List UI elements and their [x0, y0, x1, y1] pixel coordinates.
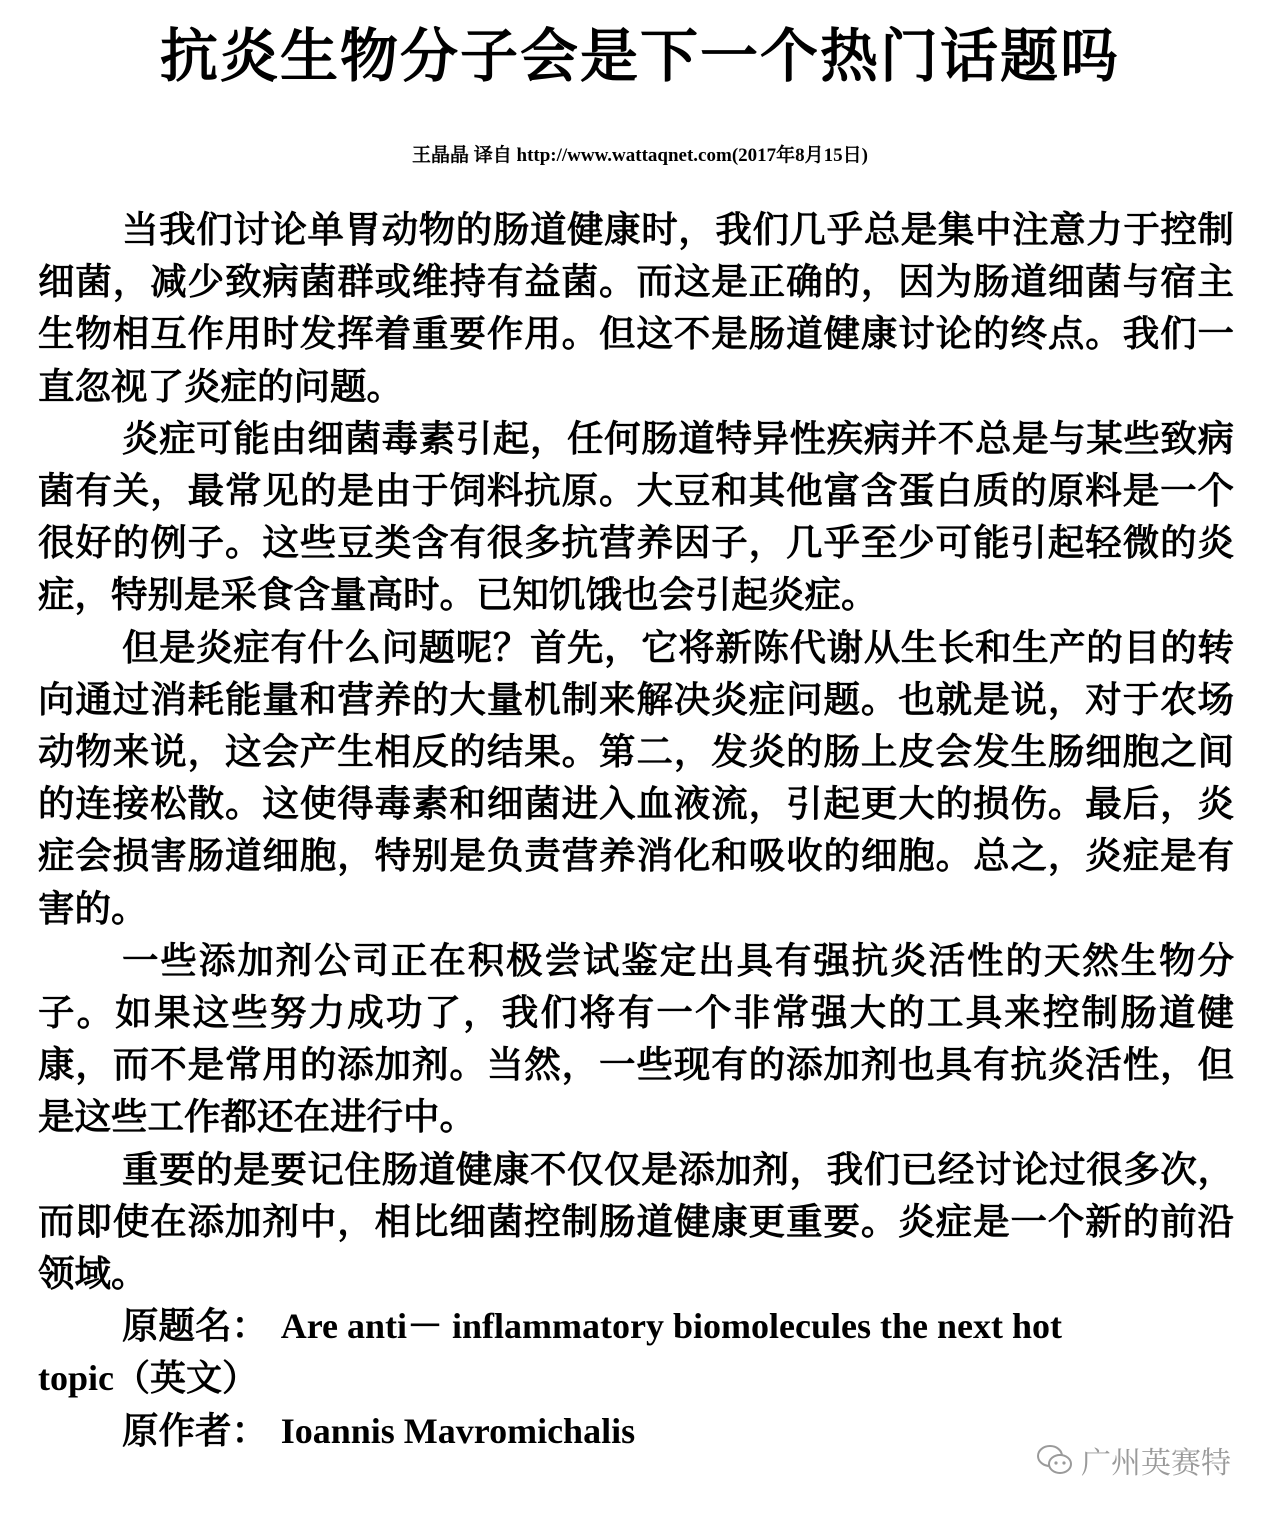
original-title-continuation: topic（英文）	[38, 1352, 1234, 1404]
article-title: 抗炎生物分子会是下一个热门话题吗	[0, 18, 1280, 94]
paragraph: 当我们讨论单胃动物的肠道健康时，我们几乎总是集中注意力于控制细菌，减少致病菌群或…	[38, 204, 1234, 413]
watermark-text: 广州英赛特	[1081, 1438, 1231, 1482]
original-title-line: 原题名： Are anti－ inflammatory biomolecules…	[38, 1300, 1234, 1352]
original-title-label: 原题名：	[38, 1300, 268, 1352]
paragraph: 但是炎症有什么问题呢？首先，它将新陈代谢从生长和生产的目的转向通过消耗能量和营养…	[38, 622, 1234, 935]
article-body: 当我们讨论单胃动物的肠道健康时，我们几乎总是集中注意力于控制细菌，减少致病菌群或…	[38, 204, 1234, 1457]
original-author-label: 原作者：	[38, 1405, 268, 1457]
original-author-value: Ioannis Mavromichalis	[281, 1411, 635, 1451]
paragraph: 炎症可能由细菌毒素引起，任何肠道特异性疾病并不总是与某些致病菌有关，最常见的是由…	[38, 413, 1234, 622]
paragraph: 一些添加剂公司正在积极尝试鉴定出具有强抗炎活性的天然生物分子。如果这些努力成功了…	[38, 935, 1234, 1144]
wechat-icon	[1035, 1442, 1075, 1478]
original-title-value: Are anti－ inflammatory biomolecules the …	[281, 1306, 1062, 1346]
article-byline: 王晶晶 译自 http://www.wattaqnet.com(2017年8月1…	[0, 143, 1280, 169]
original-title-cont: topic（英文）	[38, 1358, 258, 1398]
watermark: 广州英赛特	[1035, 1438, 1231, 1482]
paragraph: 重要的是要记住肠道健康不仅仅是添加剂，我们已经讨论过很多次，而即使在添加剂中，相…	[38, 1144, 1234, 1301]
